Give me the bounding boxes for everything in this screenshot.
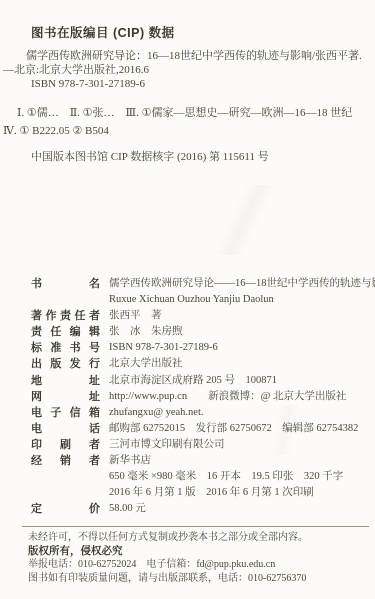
cip-classification-line2: Ⅳ. ① B222.05 ② B504 [3, 124, 109, 138]
quality-contact-line: 图书如有印装质量问题，请与出版部联系，电话：010-62756370 [28, 572, 375, 586]
report-contact-line: 举报电话：010-62752024 电子信箱：fd@pup.pku.edu.cn [28, 558, 375, 572]
colophon-row-price: 定价 58.00 元 [31, 501, 375, 517]
field-value-edition: 2016 年 6 月第 1 版 2016 年 6 月第 1 次印刷 [109, 485, 343, 501]
colophon-row-author: 著作责任者 张西平 著 [31, 308, 375, 324]
field-value-distributor: 新华书店 [109, 453, 343, 469]
field-value-title-pinyin: Ruxue Xichuan Ouzhou Yanjiu Daolun [109, 292, 375, 308]
scan-smudge [130, 185, 360, 255]
colophon-row-email: 电子信箱 zhufangxu@ yeah.net. [31, 405, 375, 421]
field-label-distributor: 经销者 [31, 453, 100, 469]
colophon-row-phone: 电话 邮购部 62752015 发行部 62750672 编辑部 6275438… [31, 421, 375, 437]
book-copyright-page: 图书在版编目 (CIP) 数据 儒学西传欧洲研究导论：16—18世纪中学西传的轨… [0, 0, 375, 599]
field-label-publisher: 出版发行 [31, 356, 100, 372]
field-value-price: 58.00 元 [109, 501, 146, 517]
field-label-printer: 印刷者 [31, 437, 100, 453]
field-value-isbn: ISBN 978-7-301-27189-6 [109, 340, 218, 356]
field-value-website: http://www.pup.cn 新浪微博：@ 北京大学出版社 [109, 389, 346, 405]
field-label-price: 定价 [31, 501, 100, 517]
colophon-row-printer: 印刷者 三河市博文印刷有限公司 [31, 437, 375, 453]
cip-header: 图书在版编目 (CIP) 数据 [31, 23, 175, 41]
colophon-row-website: 网址 http://www.pup.cn 新浪微博：@ 北京大学出版社 [31, 389, 375, 405]
field-label-isbn: 标准书号 [31, 340, 100, 356]
field-value-printer: 三河市博文印刷有限公司 [109, 437, 225, 453]
field-label-address: 地址 [31, 373, 100, 389]
colophon-row-editor: 责任编辑 张 冰 朱房煦 [31, 324, 375, 340]
field-value-editor: 张 冰 朱房煦 [109, 324, 183, 340]
field-value-publisher: 北京大学出版社 [109, 356, 183, 372]
field-label-title: 书名 [31, 276, 100, 292]
field-label-phone: 电话 [31, 421, 100, 437]
field-label-editor: 责任编辑 [31, 324, 100, 340]
field-value-author: 张西平 著 [109, 308, 162, 324]
colophon: 书名 儒学西传欧洲研究导论——16—18世纪中学西传的轨迹与影响 Ruxue X… [31, 276, 375, 517]
field-label-email: 电子信箱 [31, 405, 100, 421]
copyright-notice: 版权所有，侵权必究 [28, 545, 375, 559]
field-value-title: 儒学西传欧洲研究导论——16—18世纪中学西传的轨迹与影响 [109, 276, 375, 292]
divider-rule [22, 526, 369, 527]
colophon-row-distributor: 经销者 新华书店 650 毫米 ×980 毫米 16 开本 19.5 印张 32… [31, 453, 375, 501]
colophon-row-title: 书名 儒学西传欧洲研究导论——16—18世纪中学西传的轨迹与影响 Ruxue X… [31, 276, 375, 308]
field-value-phone: 邮购部 62752015 发行部 62750672 编辑部 62754382 [109, 421, 358, 437]
field-value-email: zhufangxu@ yeah.net. [109, 405, 204, 421]
field-value-format-spec: 650 毫米 ×980 毫米 16 开本 19.5 印张 320 千字 [109, 469, 343, 485]
field-value-address: 北京市海淀区成府路 205 号 100871 [109, 373, 277, 389]
field-label-author: 著作责任者 [31, 308, 100, 324]
colophon-row-address: 地址 北京市海淀区成府路 205 号 100871 [31, 373, 375, 389]
colophon-row-publisher: 出版发行 北京大学出版社 [31, 356, 375, 372]
cip-classification-line1: Ⅰ. ①儒… Ⅱ. ①张… Ⅲ. ①儒家—思想史—研究—欧洲—16—18 世纪 [17, 106, 352, 120]
cip-description-line1: 儒学西传欧洲研究导论：16—18世纪中学西传的轨迹与影响/张西平著. [26, 49, 362, 63]
permission-notice: 未经许可，不得以任何方式复制或抄袭本书之部分或全部内容。 [28, 531, 375, 545]
cip-description-line2: —北京:北京大学出版社,2016.6 [3, 63, 149, 77]
cip-record-number: 中国版本图书馆 CIP 数据核字 (2016) 第 115611 号 [31, 150, 269, 164]
cip-isbn: ISBN 978-7-301-27189-6 [31, 77, 145, 91]
field-label-website: 网址 [31, 389, 100, 405]
colophon-row-isbn: 标准书号 ISBN 978-7-301-27189-6 [31, 340, 375, 356]
footer-notices: 未经许可，不得以任何方式复制或抄袭本书之部分或全部内容。 版权所有，侵权必究 举… [28, 531, 375, 585]
